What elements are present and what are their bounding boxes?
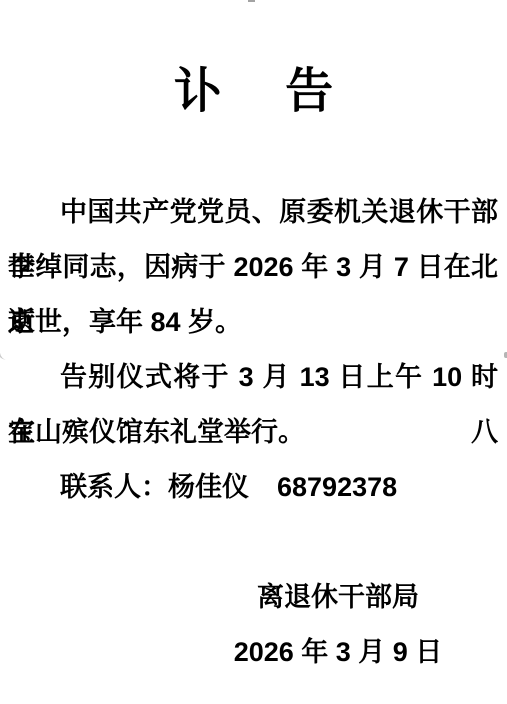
paragraph1-line2: 世绰同志，因病于 2026 年 3 月 7 日在北京 [8, 240, 498, 295]
contact-label: 联系人： [60, 472, 168, 502]
contact-line: 联系人：杨佳仪68792378 [8, 460, 498, 515]
contact-phone: 68792378 [277, 472, 397, 502]
signature-line: 离退休干部局 [8, 570, 498, 625]
blank-line [8, 515, 498, 570]
paragraph2-line1: 告别仪式将于 3 月 13 日上午 10 时在八 [8, 350, 498, 405]
paragraph1-line3: 逝世，享年 84 岁。 [8, 295, 498, 350]
paragraph1-line1: 中国共产党党员、原委机关退休干部李 [8, 185, 498, 240]
top-edge-glyph-fragment [248, 0, 255, 2]
notice-title: 讣 告 [0, 0, 507, 118]
contact-name: 杨佳仪 [168, 472, 249, 502]
notice-body: 中国共产党党员、原委机关退休干部李 世绰同志，因病于 2026 年 3 月 7 … [0, 185, 507, 680]
date-line: 2026 年 3 月 9 日 [8, 625, 498, 680]
document-page: 讣 告 中国共产党党员、原委机关退休干部李 世绰同志，因病于 2026 年 3 … [0, 0, 507, 704]
